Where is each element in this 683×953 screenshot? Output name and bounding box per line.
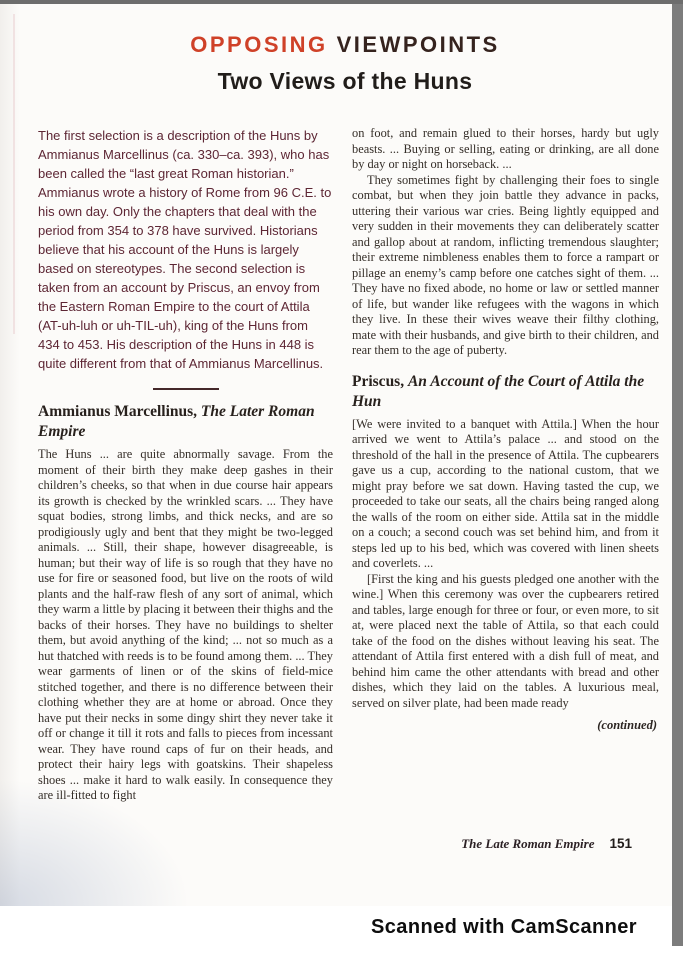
- ammianus-paragraph: The Huns ... are quite abnormally savage…: [38, 447, 333, 804]
- continued-label: (continued): [352, 718, 657, 733]
- priscus-paragraph-2: [First the king and his guests pledged o…: [352, 572, 659, 712]
- priscus-heading: Priscus, An Account of the Court of Atti…: [352, 372, 659, 412]
- ammianus-paragraph-2: They sometimes fight by challenging thei…: [352, 173, 659, 359]
- ammianus-heading: Ammianus Marcellinus, The Later Roman Em…: [38, 402, 333, 442]
- page-title: Two Views of the Huns: [30, 67, 660, 95]
- kicker-word-opposing: OPPOSING: [190, 32, 327, 57]
- ammianus-paragraph-continued: on foot, and remain glued to their horse…: [352, 126, 659, 173]
- page-number: 151: [609, 836, 632, 851]
- priscus-heading-author: Priscus,: [352, 373, 408, 390]
- page-footer: The Late Roman Empire151: [0, 835, 632, 853]
- priscus-paragraph-1: [We were invited to a banquet with Attil…: [352, 417, 659, 572]
- left-column: The first selection is a description of …: [38, 126, 333, 804]
- page-gutter-line: [13, 14, 15, 334]
- page-header: OPPOSINGVIEWPOINTS Two Views of the Huns: [30, 32, 660, 95]
- intro-note: The first selection is a description of …: [38, 126, 333, 373]
- camscanner-watermark: Scanned with CamScanner: [0, 916, 637, 939]
- right-column: on foot, and remain glued to their horse…: [352, 126, 659, 733]
- kicker-word-viewpoints: VIEWPOINTS: [337, 32, 500, 57]
- textbook-page: OPPOSINGVIEWPOINTS Two Views of the Huns…: [0, 4, 672, 906]
- scan-edge-right: [672, 4, 683, 946]
- section-divider: [153, 388, 219, 390]
- feature-kicker: OPPOSINGVIEWPOINTS: [30, 32, 660, 58]
- ammianus-heading-author: Ammianus Marcellinus,: [38, 403, 201, 420]
- running-title: The Late Roman Empire: [461, 836, 594, 851]
